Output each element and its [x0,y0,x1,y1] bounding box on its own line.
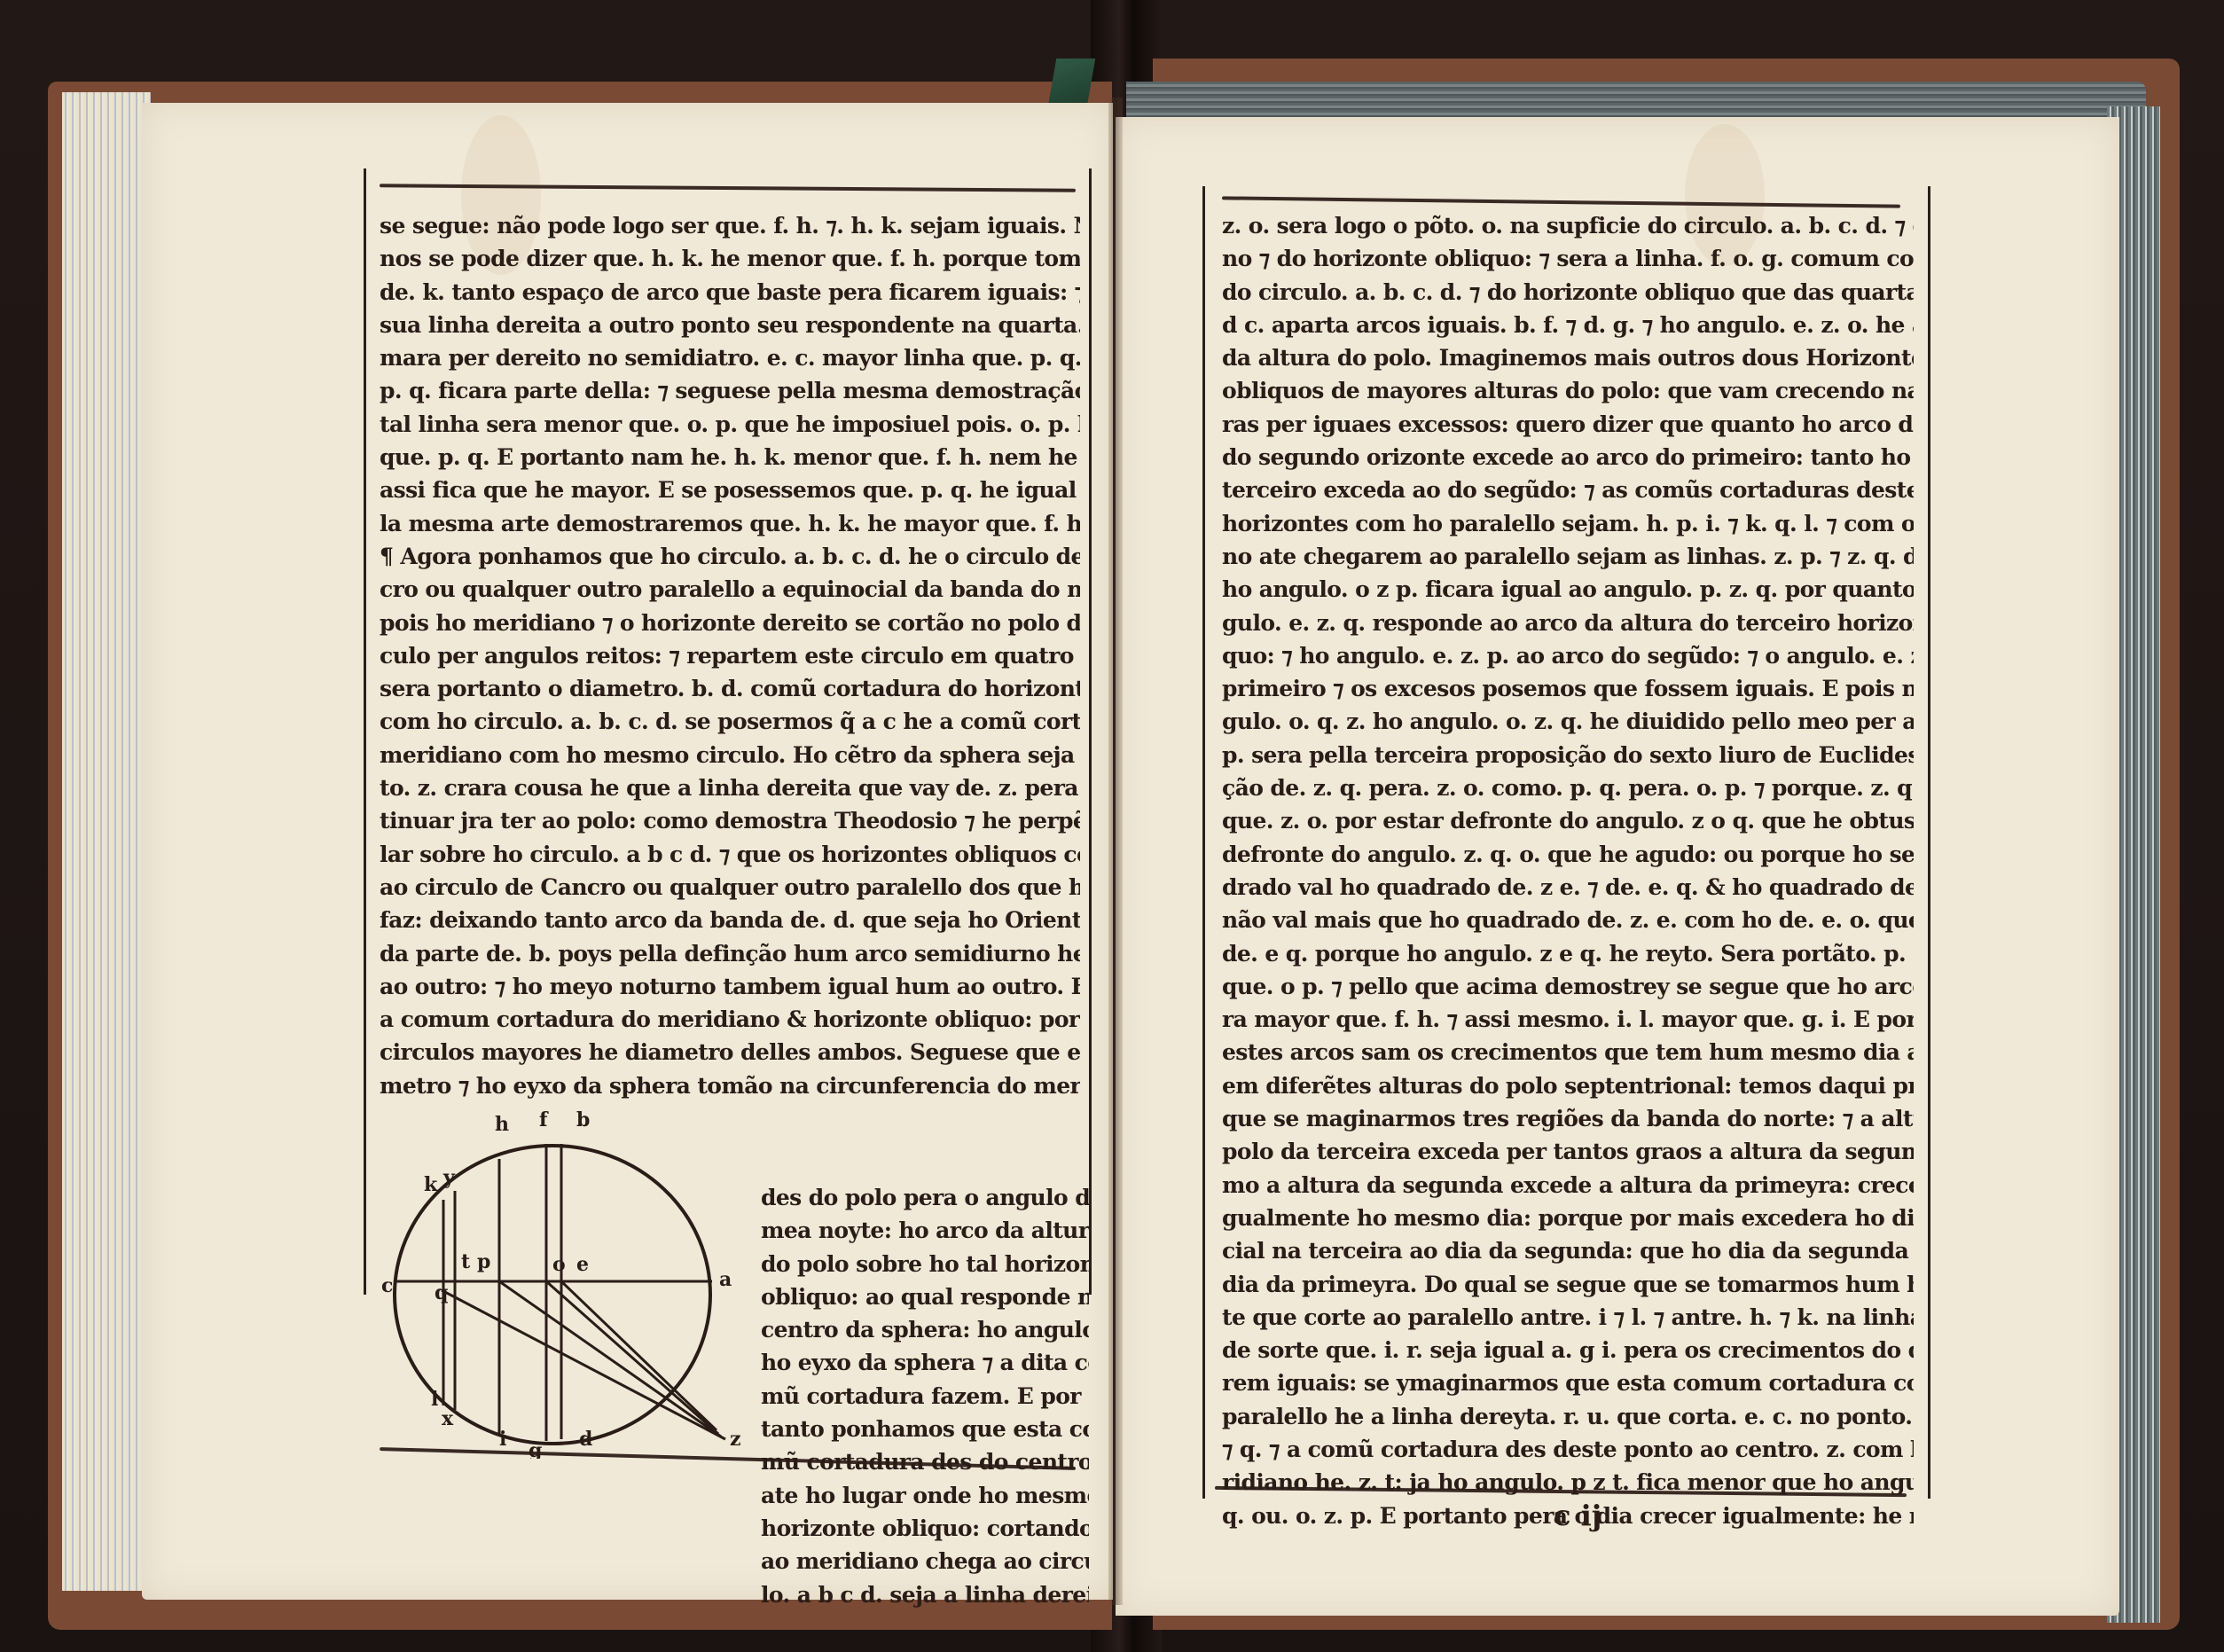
text-line: a comum cortadura do meridiano & horizon… [380,1003,1080,1036]
text-line: ao outro: ⁊ ho meyo noturno tambem igual… [380,970,1080,1003]
text-line: mea noyte: ho arco da altura [761,1214,1089,1247]
text-line: estes arcos sam os crecimentos que tem h… [1222,1036,1914,1069]
text-line: tanto ponhamos que esta co- [761,1413,1089,1445]
text-line: p. q. ficara parte della: ⁊ seguese pell… [380,374,1080,407]
text-line: ⁊ q. ⁊ a comũ cortadura des deste ponto … [1222,1433,1914,1466]
text-line: sua linha dereita a outro ponto seu resp… [380,309,1080,341]
svg-text:p: p [477,1250,490,1273]
text-line: polo da terceira exceda per tantos graos… [1222,1135,1914,1168]
text-line: primeiro ⁊ os excesos posemos que fossem… [1222,672,1914,705]
text-line: gualmente ho mesmo dia: porque por mais … [1222,1202,1914,1234]
svg-text:k: k [424,1173,438,1196]
text-line: tal linha sera menor que. o. p. que he i… [380,408,1080,441]
text-line: da altura do polo. Imaginemos mais outro… [1222,341,1914,374]
text-line: la mesma arte demostraremos que. h. k. h… [380,507,1080,540]
text-line: de. k. tanto espaço de arco que baste pe… [380,276,1080,309]
svg-text:e: e [576,1253,589,1276]
text-line: z. o. sera logo o põto. o. na supficie d… [1222,209,1914,242]
text-line: ho angulo. o z p. ficara igual ao angulo… [1222,573,1914,606]
svg-text:i: i [499,1428,506,1451]
text-line: horizonte obliquo: cortando [761,1512,1089,1545]
right-page-text: z. o. sera logo o põto. o. na supficie d… [1222,209,1914,1532]
text-line: circulos mayores he diametro delles ambo… [380,1036,1080,1069]
text-line: que se maginarmos tres regiões da banda … [1222,1102,1914,1135]
text-line: gulo. o. q. z. ho angulo. o. z. q. he di… [1222,705,1914,738]
text-line: sera portanto o diametro. b. d. comũ cor… [380,672,1080,705]
text-line: lar sobre ho circulo. a b c d. ⁊ que os … [380,838,1080,871]
text-line: mo a altura da segunda excede a altura d… [1222,1169,1914,1202]
svg-text:c: c [381,1274,393,1297]
text-line: ¶ Agora ponhamos que ho circulo. a. b. c… [380,540,1080,573]
text-line: te que corte ao paralello antre. i ⁊ l. … [1222,1301,1914,1334]
text-line: d c. aparta arcos iguais. b. f. ⁊ d. g. … [1222,309,1914,341]
text-line: ção de. z. q. pera. z. o. como. p. q. pe… [1222,771,1914,804]
text-line: ao circulo de Cancro ou qualquer outro p… [380,871,1080,904]
svg-text:o: o [552,1253,566,1276]
text-line: ras per iguaes excessos: quero dizer que… [1222,408,1914,441]
text-line: centro da sphera: ho angulo q̃ [761,1313,1089,1346]
text-line: p. sera pella terceira proposição do sex… [1222,739,1914,771]
left-page-edges [62,92,151,1591]
text-line: horizontes com ho paralello sejam. h. p.… [1222,507,1914,540]
svg-text:d: d [579,1428,592,1451]
svg-text:z: z [730,1428,741,1451]
text-line: ao meridiano chega ao circu [761,1545,1089,1578]
svg-text:y: y [442,1166,456,1189]
text-line: da parte de. b. poys pella definção hum … [380,937,1080,970]
text-line: de sorte que. i. r. seja igual a. g i. p… [1222,1334,1914,1366]
text-line: no ⁊ do horizonte obliquo: ⁊ sera a linh… [1222,242,1914,275]
text-line: drado val ho quadrado de. z e. ⁊ de. e. … [1222,871,1914,904]
text-line: nos se pode dizer que. h. k. he menor qu… [380,242,1080,275]
text-line: dia da primeyra. Do qual se segue que se… [1222,1268,1914,1301]
svg-text:a: a [719,1268,732,1291]
text-line: de. e q. porque ho angulo. z e q. he rey… [1222,937,1914,970]
text-line: quo: ⁊ ho angulo. e. z. p. ao arco do se… [1222,639,1914,672]
text-line: cial na terceira ao dia da segunda: que … [1222,1234,1914,1267]
text-line: que. p. q. E portanto nam he. h. k. meno… [380,441,1080,474]
text-line: assi fica que he mayor. E se posessemos … [380,474,1080,506]
text-line: que. o p. ⁊ pello que acima demostrey se… [1222,970,1914,1003]
text-line: do circulo. a. b. c. d. ⁊ do horizonte o… [1222,276,1914,309]
text-line: ra mayor que. f. h. ⁊ assi mesmo. i. l. … [1222,1003,1914,1036]
left-page-column-text: des do polo pera o angulo damea noyte: h… [761,1181,1089,1611]
text-line: defronte do angulo. z. q. o. que he agud… [1222,838,1914,871]
text-line: mũ cortadura des do centro. z [761,1445,1089,1478]
text-line: do polo sobre ho tal horizonte [761,1248,1089,1280]
svg-text:x: x [442,1407,454,1430]
text-line: culo per angulos reitos: ⁊ repartem este… [380,639,1080,672]
svg-text:f: f [539,1108,549,1131]
text-line: se segue: não pode logo ser que. f. h. ⁊… [380,209,1080,242]
text-line: não val mais que ho quadrado de. z. e. c… [1222,904,1914,936]
text-line: to. z. crara cousa he que a linha dereit… [380,771,1080,804]
geometry-diagram: h f b k y t p o e c q a l x i g d z [371,1086,743,1459]
text-line: no ate chegarem ao paralello sejam as li… [1222,540,1914,573]
text-line: des do polo pera o angulo da [761,1181,1089,1214]
text-line: obliquos de mayores alturas do polo: que… [1222,374,1914,407]
text-line: ho eyxo da sphera ⁊ a dita co- [761,1346,1089,1379]
text-line: lo. a b c d. seja a linha dereita [761,1578,1089,1611]
text-line: faz: deixando tanto arco da banda de. d.… [380,904,1080,936]
text-line: do segundo orizonte excede ao arco do pr… [1222,441,1914,474]
text-line: pois ho meridiano ⁊ o horizonte dereito … [380,607,1080,639]
text-line: mũ cortadura fazem. E por [761,1380,1089,1413]
text-line: obliquo: ao qual responde no [761,1280,1089,1313]
text-line: que. z. o. por estar defronte do angulo.… [1222,804,1914,837]
svg-text:g: g [529,1439,542,1459]
svg-text:b: b [576,1108,590,1131]
text-line: terceiro exceda ao do segũdo: ⁊ as comũs… [1222,474,1914,506]
folio-number: c ij [1554,1499,1601,1532]
text-line: mara per dereito no semidiatro. e. c. ma… [380,341,1080,374]
text-line: gulo. e. z. q. responde ao arco da altur… [1222,607,1914,639]
text-line: ridiano he. z. t: ja ho angulo. p z t. f… [1222,1466,1914,1499]
svg-text:t: t [461,1250,471,1273]
text-line: rem iguais: se ymaginarmos que esta comu… [1222,1366,1914,1399]
text-line: cro ou qualquer outro paralello a equino… [380,573,1080,606]
svg-text:l: l [431,1388,438,1411]
left-page-text: se segue: não pode logo ser que. f. h. ⁊… [380,209,1080,1102]
svg-text:h: h [495,1113,509,1136]
svg-text:q: q [435,1281,448,1304]
text-line: com ho circulo. a. b. c. d. se posermos … [380,705,1080,738]
text-line: meridiano com ho mesmo circulo. Ho cẽtro… [380,739,1080,771]
page-gutter [1108,98,1123,1605]
text-line: em diferẽtes alturas do polo septentrion… [1222,1069,1914,1102]
text-line: paralello he a linha dereyta. r. u. que … [1222,1400,1914,1433]
text-line: tinuar jra ter ao polo: como demostra Th… [380,804,1080,837]
text-line: ate ho lugar onde ho mesmo [761,1479,1089,1512]
